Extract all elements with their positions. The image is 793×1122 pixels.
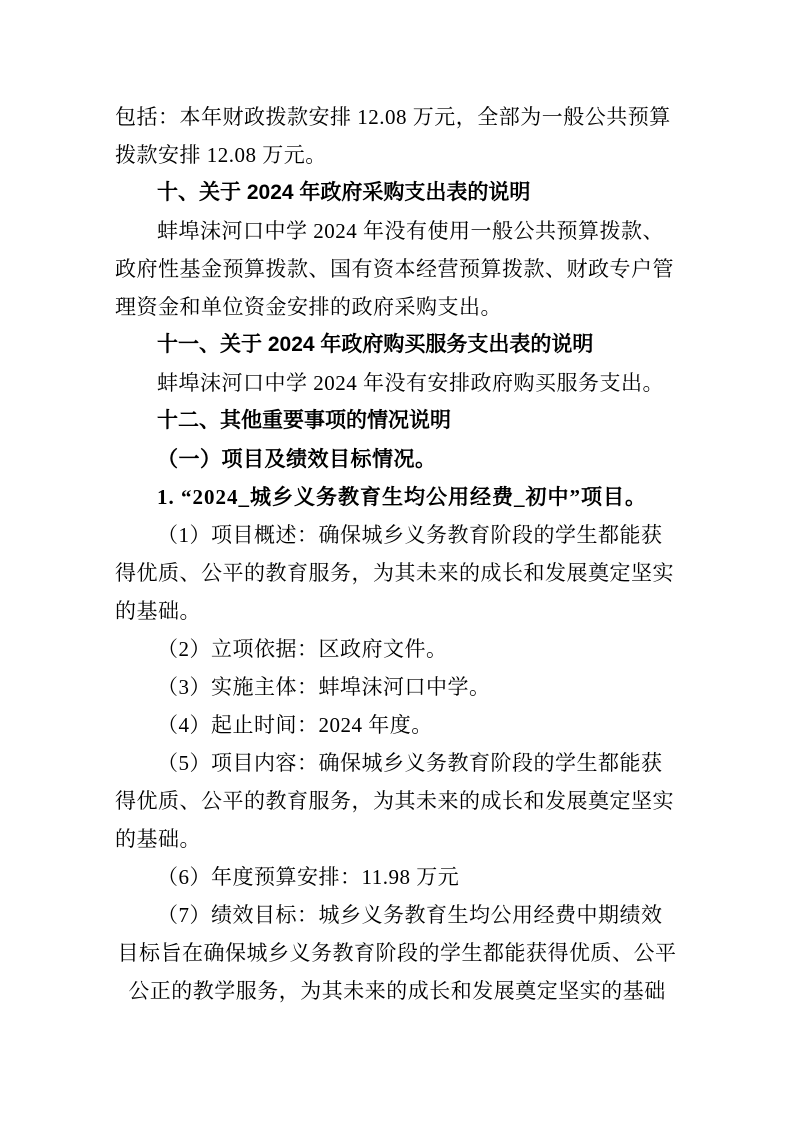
paragraph-line: 理资金和单位资金安排的政府采购支出。 — [115, 288, 679, 326]
project-title: 1. “2024_城乡义务教育生均公用经费_初中”项目。 — [115, 478, 679, 516]
section-heading-12: 十二、其他重要事项的情况说明 — [115, 402, 679, 440]
paragraph-line: （4）起止时间：2024 年度。 — [115, 706, 679, 744]
paragraph-line: 得优质、公平的教育服务，为其未来的成长和发展奠定坚实 — [115, 554, 679, 592]
paragraph-line: （6）年度预算安排：11.98 万元 — [115, 858, 679, 896]
paragraph-line: （3）实施主体：蚌埠沫河口中学。 — [115, 668, 679, 706]
section-heading-10: 十、关于 2024 年政府采购支出表的说明 — [115, 174, 679, 212]
subsection-heading-1: （一）项目及绩效目标情况。 — [115, 440, 679, 478]
paragraph-line: （1）项目概述：确保城乡义务教育阶段的学生都能获 — [115, 516, 679, 554]
paragraph-line: 包括：本年财政拨款安排 12.08 万元，全部为一般公共预算 — [115, 98, 679, 136]
paragraph-line: （5）项目内容：确保城乡义务教育阶段的学生都能获 — [115, 744, 679, 782]
paragraph-line: 拨款安排 12.08 万元。 — [115, 136, 679, 174]
section-heading-11: 十一、关于 2024 年政府购买服务支出表的说明 — [115, 326, 679, 364]
paragraph-line: 得优质、公平的教育服务，为其未来的成长和发展奠定坚实 — [115, 782, 679, 820]
paragraph-line: 的基础。 — [115, 820, 679, 858]
paragraph-line: （7）绩效目标：城乡义务教育生均公用经费中期绩效 — [115, 896, 679, 934]
paragraph-line: 公正的教学服务，为其未来的成长和发展奠定坚实的基础 — [115, 972, 679, 1010]
paragraph-line: 的基础。 — [115, 592, 679, 630]
paragraph-line: 蚌埠沫河口中学 2024 年没有安排政府购买服务支出。 — [115, 364, 679, 402]
paragraph-line: （2）立项依据：区政府文件。 — [115, 630, 679, 668]
paragraph-line: 政府性基金预算拨款、国有资本经营预算拨款、财政专户管 — [115, 250, 679, 288]
paragraph-line: 蚌埠沫河口中学 2024 年没有使用一般公共预算拨款、 — [115, 212, 679, 250]
paragraph-line: 目标旨在确保城乡义务教育阶段的学生都能获得优质、公平 — [115, 934, 679, 972]
document-page: 包括：本年财政拨款安排 12.08 万元，全部为一般公共预算 拨款安排 12.0… — [0, 0, 793, 1122]
